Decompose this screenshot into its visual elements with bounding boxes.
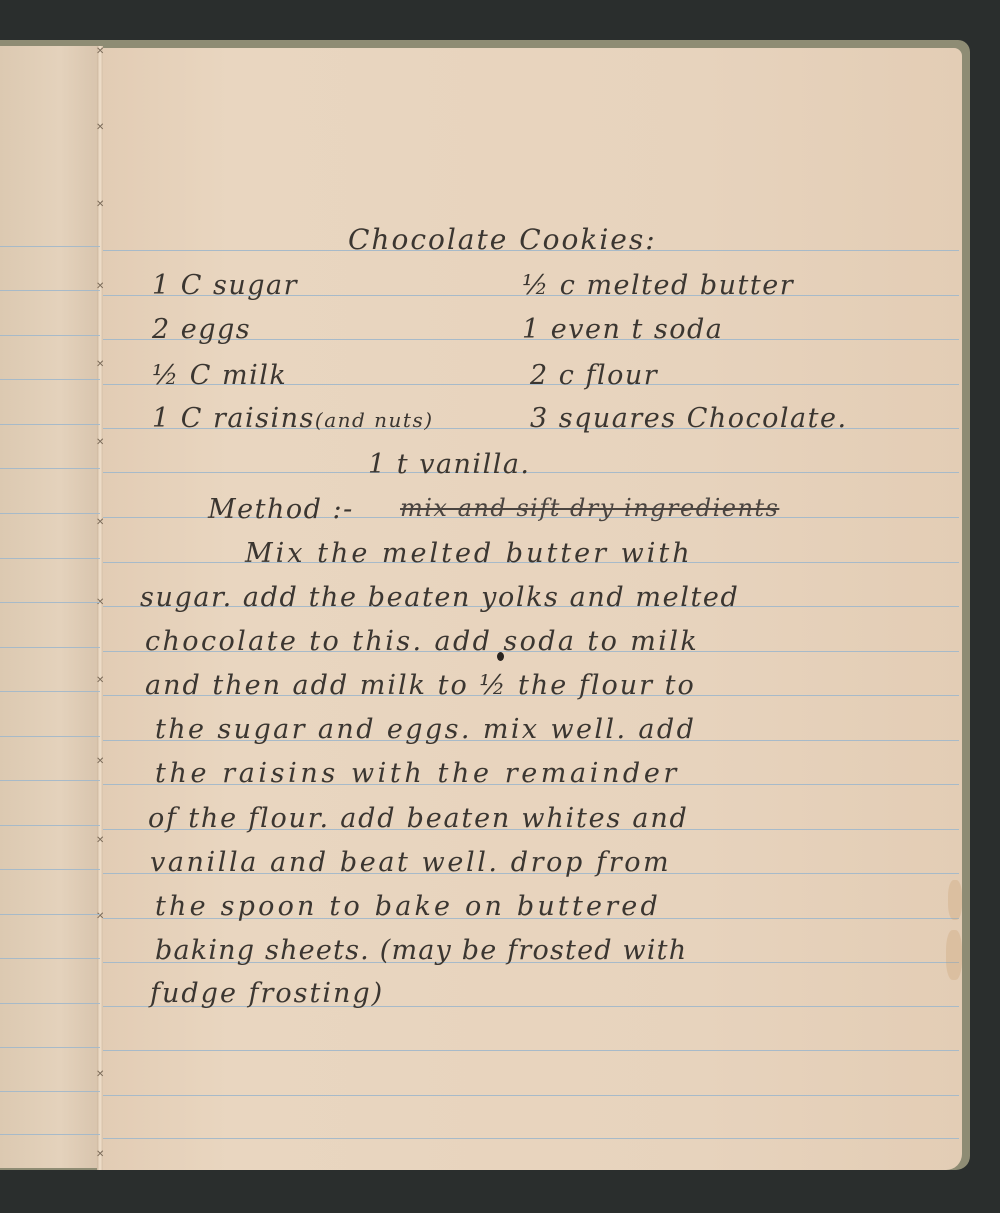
ingredient-left-4: 1 C raisins(and nuts) bbox=[152, 405, 434, 432]
method-line-4: and then add milk to ½ the flour to bbox=[145, 672, 696, 699]
stitch-icon: ✕ bbox=[96, 360, 104, 370]
stitch-icon: ✕ bbox=[96, 1150, 104, 1160]
ingredient-right-3: 2 c flour bbox=[530, 362, 658, 389]
stitch-icon: ✕ bbox=[96, 676, 104, 686]
ink-blot bbox=[497, 652, 504, 661]
method-line-6: the raisins with the remainder bbox=[155, 760, 680, 787]
ingredient-left-2: 2 eggs bbox=[152, 316, 251, 343]
stitch-icon: ✕ bbox=[96, 123, 104, 133]
ingredient-vanilla: 1 t vanilla. bbox=[368, 451, 531, 478]
method-line-9: the spoon to bake on buttered bbox=[155, 893, 661, 920]
ingredient-right-1: ½ c melted butter bbox=[522, 272, 794, 299]
method-line-11: fudge frosting) bbox=[150, 980, 384, 1007]
method-line-5: the sugar and eggs. mix well. add bbox=[155, 716, 696, 743]
stitch-icon: ✕ bbox=[96, 757, 104, 767]
stitch-icon: ✕ bbox=[96, 518, 104, 528]
method-line-8: vanilla and beat well. drop from bbox=[150, 849, 671, 876]
method-line-2: sugar. add the beaten yolks and melted bbox=[140, 584, 739, 611]
ingredient-right-4: 3 squares Chocolate. bbox=[530, 405, 848, 432]
stitch-icon: ✕ bbox=[96, 200, 104, 210]
ingredient-left-3: ½ C milk bbox=[152, 362, 287, 389]
stitch-icon: ✕ bbox=[96, 47, 104, 57]
paper-stain bbox=[948, 880, 962, 920]
method-line-3: chocolate to this. add soda to milk bbox=[145, 628, 699, 655]
ingredient-raisins-note: (and nuts) bbox=[315, 408, 434, 432]
stitch-icon: ✕ bbox=[96, 836, 104, 846]
ingredient-raisins: 1 C raisins bbox=[152, 403, 315, 434]
recipe-title: Chocolate Cookies: bbox=[348, 226, 657, 254]
method-line-10: baking sheets. (may be frosted with bbox=[155, 937, 687, 964]
ingredient-right-2: 1 even t soda bbox=[522, 316, 723, 343]
stitch-icon: ✕ bbox=[96, 438, 104, 448]
ingredient-left-1: 1 C sugar bbox=[152, 272, 298, 299]
left-page bbox=[0, 46, 100, 1168]
binding-gutter bbox=[97, 46, 103, 1170]
method-struck-text: mix and sift dry ingredients bbox=[400, 496, 779, 520]
stitch-icon: ✕ bbox=[96, 1070, 104, 1080]
method-label: Method :- bbox=[208, 496, 354, 523]
method-line-1: Mix the melted butter with bbox=[245, 540, 693, 567]
method-line-7: of the flour. add beaten whites and bbox=[148, 805, 689, 832]
paper-stain bbox=[946, 930, 962, 980]
